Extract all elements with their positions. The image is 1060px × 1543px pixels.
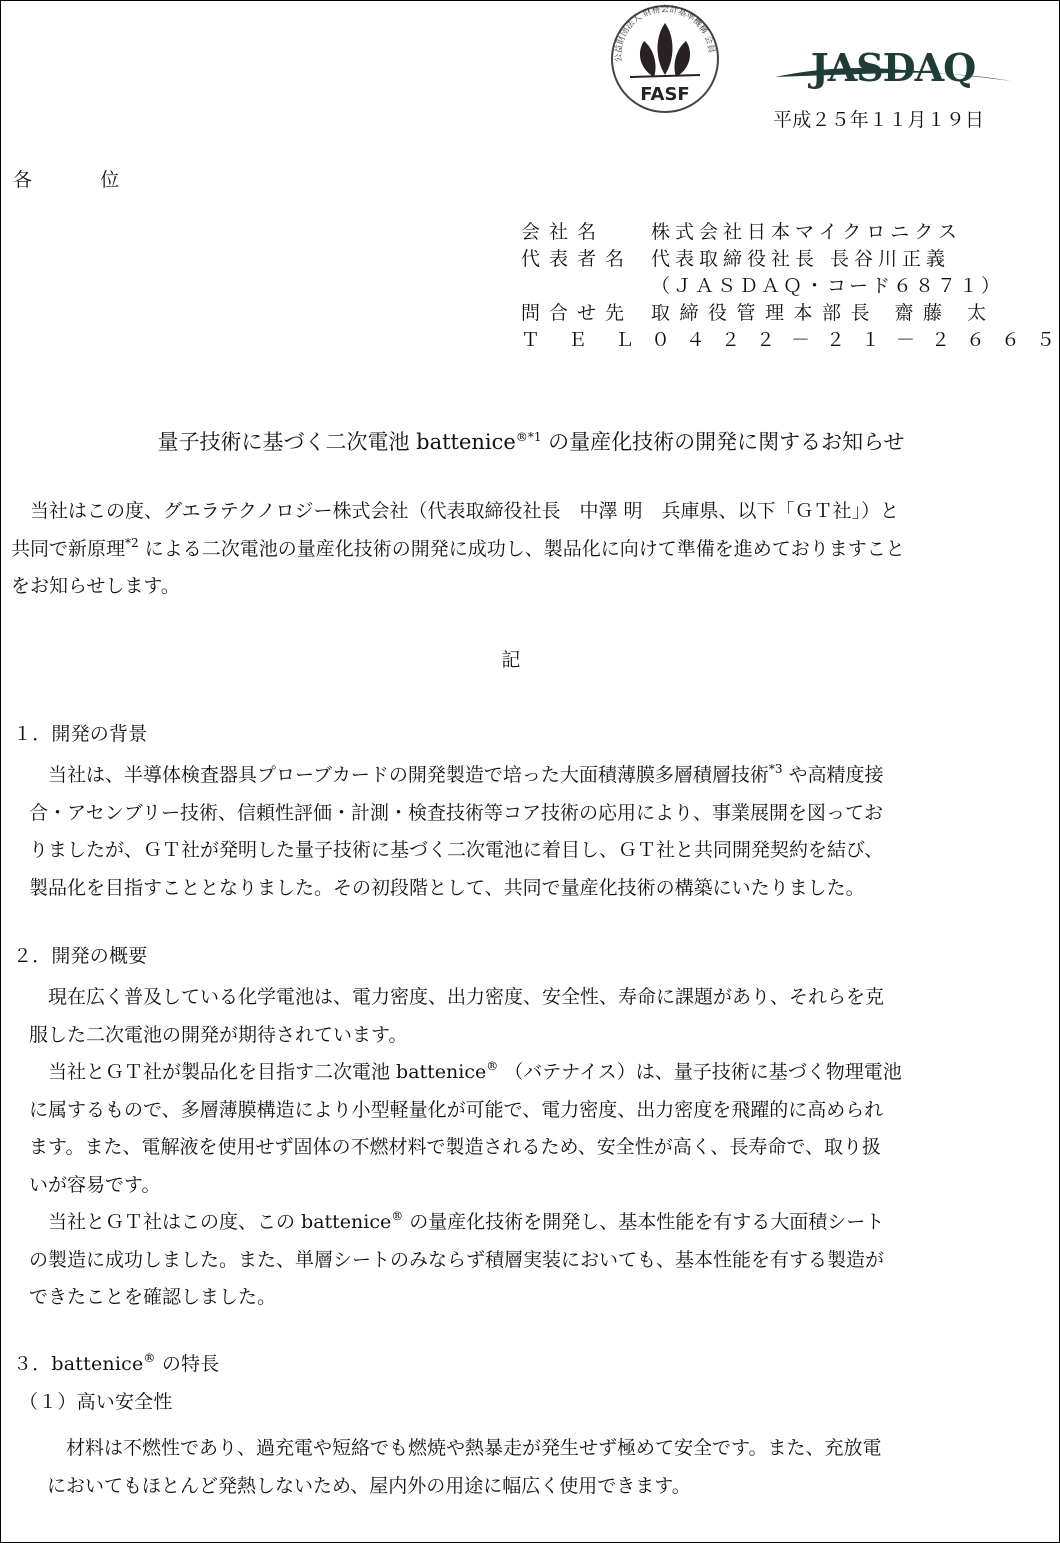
document-page: 公益財団法人 財務会計基準機構 会員 FASF JASDAQ 平成２５年１１月１… bbox=[0, 0, 1060, 1543]
company-name: 株式会社日本マイクロニクス bbox=[651, 223, 962, 250]
body-line: 服した二次電池の開発が期待されています。 bbox=[29, 1017, 902, 1055]
section-2-heading: ２．開発の概要 bbox=[13, 947, 147, 966]
fasf-leaf-icon: 公益財団法人 財務会計基準機構 会員 FASF bbox=[608, 3, 722, 115]
representative-name: 代表取締役社長 長谷川正義 bbox=[651, 250, 950, 277]
sender-info: 会社名 株式会社日本マイクロニクス 代表者名 代表取締役社長 長谷川正義 （ＪＡ… bbox=[521, 223, 1060, 358]
heading-text: ３．battenice bbox=[13, 1353, 143, 1375]
addressee-char-1: 各 bbox=[13, 169, 32, 191]
footnote-mark: *2 bbox=[125, 536, 139, 550]
intro-line-text: 共同で新原理 bbox=[11, 538, 125, 560]
intro-line: をお知らせします。 bbox=[11, 568, 905, 606]
intro-line: 共同で新原理*2 による二次電池の量産化技術の開発に成功し、製品化に向けて準備を… bbox=[11, 531, 905, 569]
body-line: 現在広く普及している化学電池は、電力密度、出力密度、安全性、寿命に課題があり、そ… bbox=[29, 979, 902, 1017]
release-date: 平成２５年１１月１９日 bbox=[773, 111, 984, 130]
contact-person: 取締役管理本部長 齋藤 太 bbox=[651, 304, 996, 331]
body-line: 材料は不燃性であり、過充電や短絡でも燃焼や熱暴走が発生せず極めて安全です。また、… bbox=[47, 1430, 881, 1468]
tel-number: ０４２２－２１－２６６５ bbox=[651, 331, 1060, 358]
body-line-text: （バテナイス）は、量子技術に基づく物理電池 bbox=[498, 1061, 902, 1083]
fasf-logo: 公益財団法人 財務会計基準機構 会員 FASF bbox=[608, 3, 722, 115]
svg-text:FASF: FASF bbox=[640, 84, 689, 105]
document-title: 量子技術に基づく二次電池 battenice®*1 の量産化技術の開発に関するお… bbox=[1, 426, 1060, 456]
body-line: 当社とＧＴ社はこの度、この battenice® の量産化技術を開発し、基本性能… bbox=[29, 1204, 902, 1242]
body-line: りましたが、ＧＴ社が発明した量子技術に基づく二次電池に着目し、ＧＴ社と共同開発契… bbox=[29, 832, 884, 870]
section-3-subheading: （１）高い安全性 bbox=[19, 1393, 173, 1412]
tel-label: ＴＥＬ bbox=[521, 331, 651, 358]
body-line: 製品化を目指すこととなりました。その初段階として、共同で量産化技術の構築にいたり… bbox=[29, 870, 884, 908]
body-line: 当社とＧＴ社が製品化を目指す二次電池 battenice® （バテナイス）は、量… bbox=[29, 1054, 902, 1092]
registered-mark: ® bbox=[391, 1209, 403, 1223]
company-label: 会社名 bbox=[521, 223, 651, 250]
addressee: 各位 bbox=[13, 171, 119, 190]
company-row: 会社名 株式会社日本マイクロニクス bbox=[521, 223, 1060, 250]
jasdaq-logo: JASDAQ bbox=[771, 41, 1016, 95]
body-line-text: 当社とＧＴ社はこの度、この battenice bbox=[29, 1211, 391, 1233]
section-2-body: 現在広く普及している化学電池は、電力密度、出力密度、安全性、寿命に課題があり、そ… bbox=[29, 979, 902, 1317]
section-1-heading: １．開発の背景 bbox=[13, 725, 147, 744]
body-line-text: 当社は、半導体検査器具プローブカードの開発製造で培った大面積薄膜多層積層技術 bbox=[29, 764, 769, 786]
body-line: 合・アセンブリー技術、信頼性評価・計測・検査技術等コア技術の応用により、事業展開… bbox=[29, 795, 884, 833]
title-footnote-mark: ®*1 bbox=[516, 430, 542, 444]
body-line: に属するもので、多層薄膜構造により小型軽量化が可能で、電力密度、出力密度を飛躍的… bbox=[29, 1092, 902, 1130]
registered-mark: ® bbox=[486, 1059, 498, 1073]
body-line: できたことを確認しました。 bbox=[29, 1279, 902, 1317]
footnote-mark: *3 bbox=[769, 762, 783, 776]
title-part-1: 量子技術に基づく二次電池 battenice bbox=[157, 430, 515, 454]
contact-label: 問合せ先 bbox=[521, 304, 651, 331]
body-line: ます。また、電解液を使用せず固体の不燃材料で製造されるため、安全性が高く、長寿命… bbox=[29, 1129, 902, 1167]
addressee-char-2: 位 bbox=[100, 169, 119, 191]
intro-line-text: による二次電池の量産化技術の開発に成功し、製品化に向けて準備を進めておりますこと bbox=[139, 538, 905, 560]
section-3-heading: ３．battenice® の特長 bbox=[13, 1355, 219, 1374]
svg-text:JASDAQ: JASDAQ bbox=[808, 45, 975, 90]
intro-line: 当社はこの度、グエラテクノロジー株式会社（代表取締役社長 中澤 明 兵庫県、以下… bbox=[11, 493, 905, 531]
heading-text: の特長 bbox=[156, 1353, 220, 1375]
stock-code: （ＪＡＳＤＡＱ・コード６８７１） bbox=[651, 277, 1003, 304]
body-line-text: や高精度接 bbox=[783, 764, 884, 786]
section-1-body: 当社は、半導体検査器具プローブカードの開発製造で培った大面積薄膜多層積層技術*3… bbox=[29, 757, 884, 907]
contact-row: 問合せ先 取締役管理本部長 齋藤 太 bbox=[521, 304, 1060, 331]
tel-row: ＴＥＬ ０４２２－２１－２６６５ bbox=[521, 331, 1060, 358]
ki-marker: 記 bbox=[1, 651, 1021, 670]
title-part-2: の量産化技術の開発に関するお知らせ bbox=[541, 430, 904, 454]
section-3-body: 材料は不燃性であり、過充電や短絡でも燃焼や熱暴走が発生せず極めて安全です。また、… bbox=[47, 1430, 881, 1505]
jasdaq-swoosh-icon: JASDAQ bbox=[771, 41, 1016, 95]
body-line-text: の量産化技術を開発し、基本性能を有する大面積シート bbox=[403, 1211, 884, 1233]
representative-row: 代表者名 代表取締役社長 長谷川正義 bbox=[521, 250, 1060, 277]
representative-label: 代表者名 bbox=[521, 250, 651, 277]
body-line: においてもほとんど発熱しないため、屋内外の用途に幅広く使用できます。 bbox=[47, 1468, 881, 1506]
stock-code-row: （ＪＡＳＤＡＱ・コード６８７１） bbox=[521, 277, 1060, 304]
body-line-text: 当社とＧＴ社が製品化を目指す二次電池 battenice bbox=[29, 1061, 486, 1083]
intro-paragraph: 当社はこの度、グエラテクノロジー株式会社（代表取締役社長 中澤 明 兵庫県、以下… bbox=[11, 493, 905, 606]
body-line: 当社は、半導体検査器具プローブカードの開発製造で培った大面積薄膜多層積層技術*3… bbox=[29, 757, 884, 795]
body-line: の製造に成功しました。また、単層シートのみならず積層実装においても、基本性能を有… bbox=[29, 1242, 902, 1280]
registered-mark: ® bbox=[143, 1351, 155, 1365]
body-line: いが容易です。 bbox=[29, 1167, 902, 1205]
